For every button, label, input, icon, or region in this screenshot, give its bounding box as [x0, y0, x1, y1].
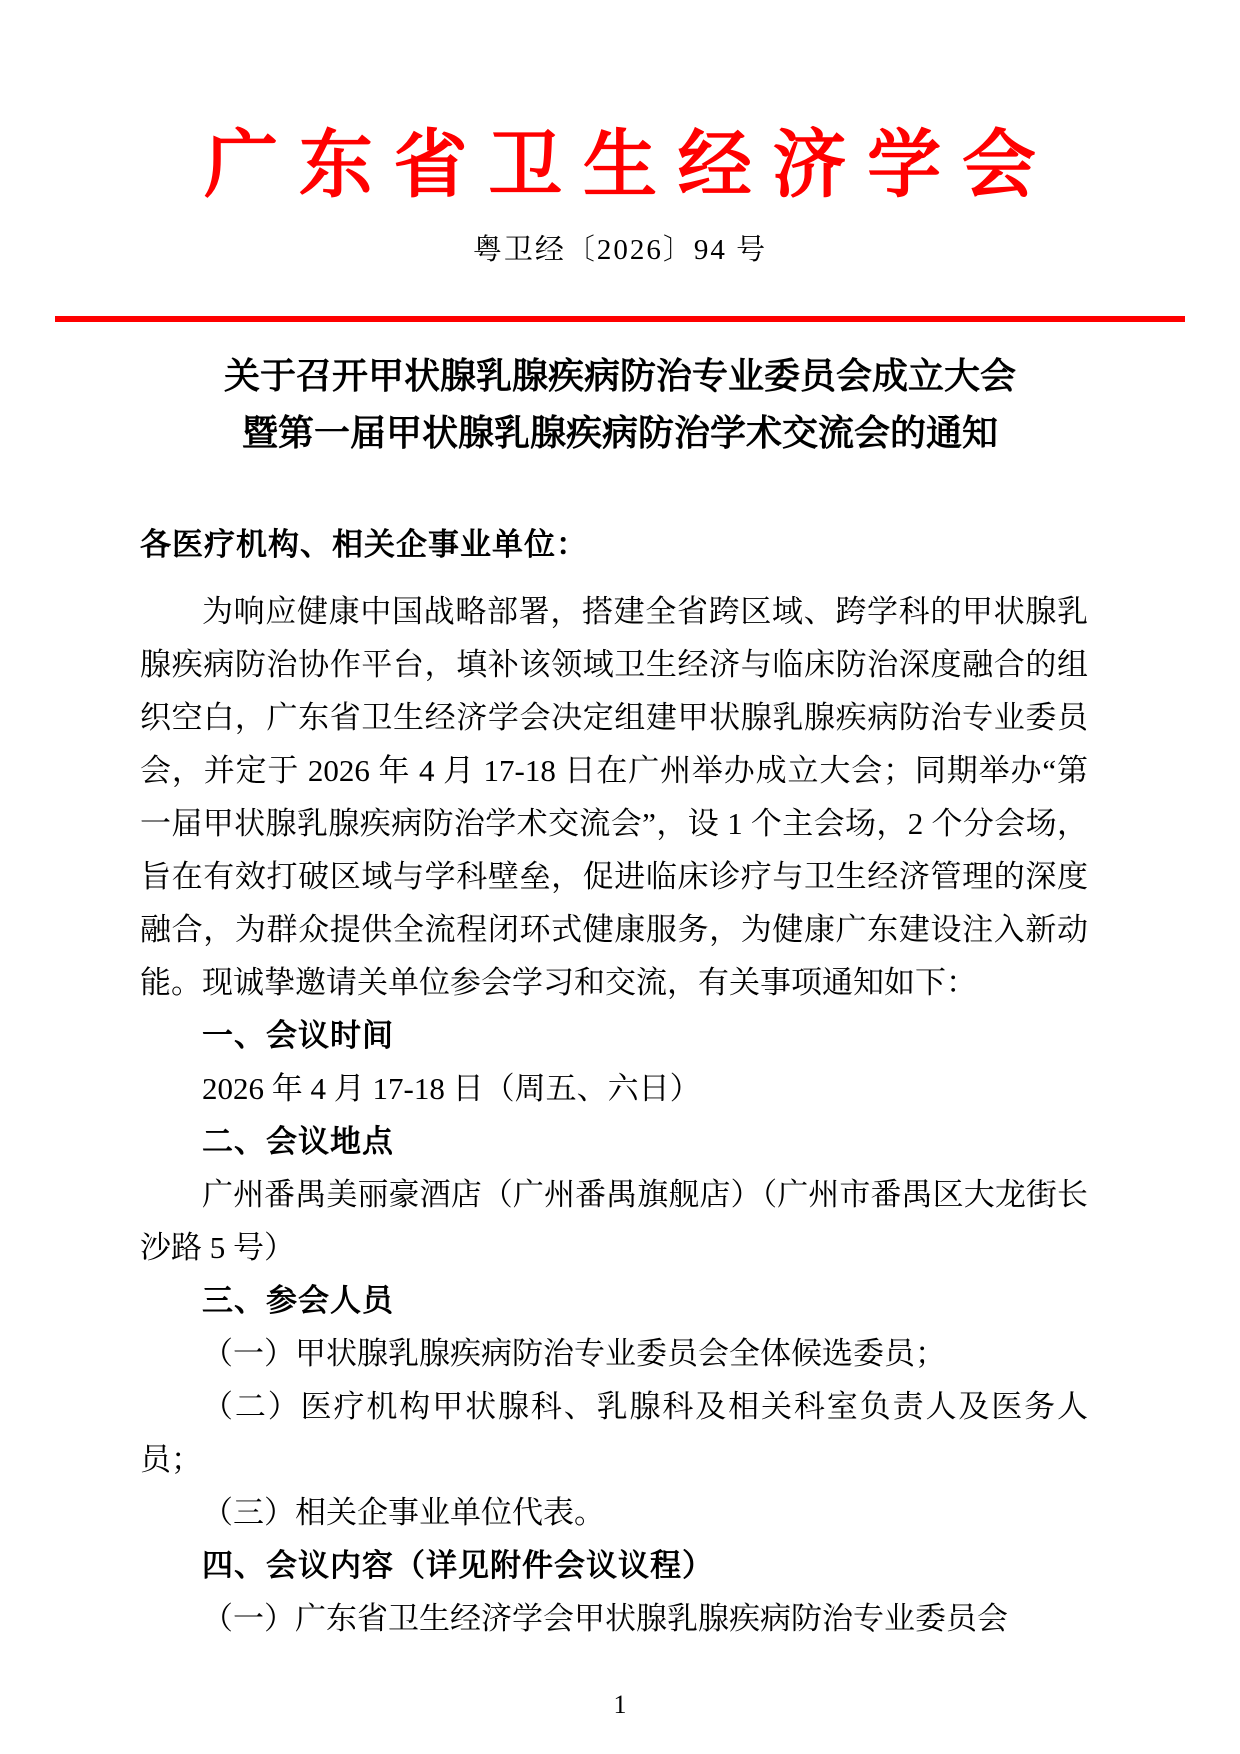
section-1-paragraph-1: 2026 年 4 月 17-18 日（周五、六日）: [140, 1062, 1088, 1115]
document-title: 关于召开甲状腺乳腺疾病防治专业委员会成立大会 暨第一届甲状腺乳腺疾病防治学术交流…: [90, 348, 1150, 462]
section-3-paragraph-1: （一）甲状腺乳腺疾病防治专业委员会全体候选委员；: [140, 1327, 1088, 1380]
salutation: 各医疗机构、相关企事业单位：: [140, 518, 1088, 571]
section-1-heading: 一、会议时间: [140, 1009, 1088, 1062]
section-2-paragraph-1: 广州番禺美丽豪酒店（广州番禺旗舰店）（广州市番禺区大龙街长沙路 5 号）: [140, 1168, 1088, 1274]
section-3-paragraph-2: （二）医疗机构甲状腺科、乳腺科及相关科室负责人及医务人员；: [140, 1380, 1088, 1486]
org-name-banner: 广东省卫生经济学会: [0, 116, 1240, 216]
section-4-heading: 四、会议内容（详见附件会议议程）: [140, 1539, 1088, 1592]
section-3-paragraph-3: （三）相关企事业单位代表。: [140, 1486, 1088, 1539]
section-3-heading: 三、参会人员: [140, 1274, 1088, 1327]
document-title-line-2: 暨第一届甲状腺乳腺疾病防治学术交流会的通知: [90, 405, 1150, 462]
document-page: 广东省卫生经济学会 粤卫经〔2026〕94 号 关于召开甲状腺乳腺疾病防治专业委…: [0, 0, 1240, 1754]
intro-paragraph: 为响应健康中国战略部署，搭建全省跨区域、跨学科的甲状腺乳腺疾病防治协作平台，填补…: [140, 585, 1088, 1009]
red-divider-rule: [55, 316, 1185, 322]
document-title-line-1: 关于召开甲状腺乳腺疾病防治专业委员会成立大会: [90, 348, 1150, 405]
section-2-heading: 二、会议地点: [140, 1115, 1088, 1168]
document-body: 各医疗机构、相关企事业单位： 为响应健康中国战略部署，搭建全省跨区域、跨学科的甲…: [140, 518, 1088, 1645]
section-4-paragraph-1: （一）广东省卫生经济学会甲状腺乳腺疾病防治专业委员会: [140, 1592, 1088, 1645]
document-header: 广东省卫生经济学会 粤卫经〔2026〕94 号: [0, 116, 1240, 322]
doc-number: 粤卫经〔2026〕94 号: [0, 230, 1240, 270]
page-number: 1: [0, 1690, 1240, 1720]
